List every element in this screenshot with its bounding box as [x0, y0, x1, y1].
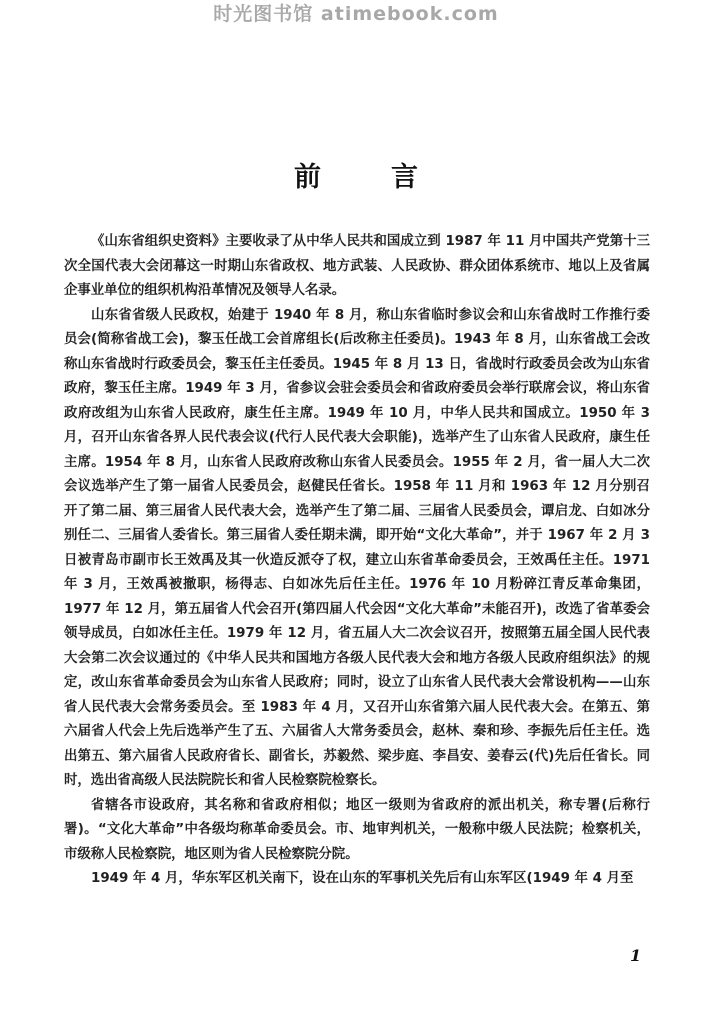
paragraph-2: 山东省省级人民政权，始建于 1940 年 8 月，称山东省临时参议会和山东省战时…	[64, 304, 650, 794]
paragraph-1: 《山东省组织史资料》主要收录了从中华人民共和国成立到 1987 年 11 月中国…	[64, 230, 650, 304]
paragraph-3: 省辖各市设政府，其名称和省政府相似；地区一级则为省政府的派出机关，称专署(后称行…	[64, 794, 650, 868]
paragraph-4: 1949 年 4 月，华东军区机关南下，设在山东的军事机关先后有山东军区(194…	[64, 867, 650, 892]
preface-body: 《山东省组织史资料》主要收录了从中华人民共和国成立到 1987 年 11 月中国…	[64, 230, 650, 892]
watermark: 时光图书馆 atimebook.com	[0, 2, 712, 26]
page-title: 前言	[0, 155, 712, 194]
title-char-2: 言	[391, 155, 418, 194]
title-char-1: 前	[294, 155, 321, 194]
page-number: 1	[630, 946, 641, 965]
